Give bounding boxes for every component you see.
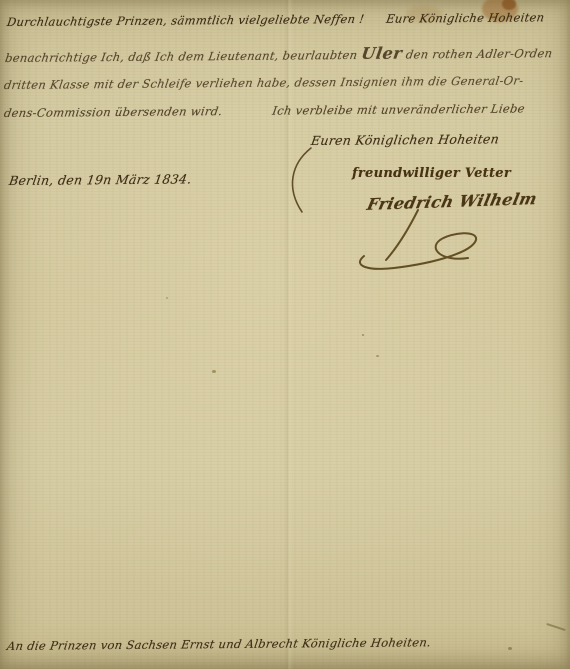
paper-speck xyxy=(212,370,216,373)
body-line-4-left: dens-Commission übersenden wird. xyxy=(3,104,223,120)
paper-speck xyxy=(166,297,168,299)
closing-address-line: Euren Königlichen Hoheiten xyxy=(310,131,500,148)
body-line-2: benachrichtige Ich, daß Ich dem Lieutena… xyxy=(4,42,554,66)
paper-speck xyxy=(362,334,364,336)
pen-mark xyxy=(546,623,566,631)
salutation-text: Durchlauchtigste Prinzen, sämmtlich viel… xyxy=(6,12,365,29)
address-line: An die Prinzen von Sachsen Ernst und Alb… xyxy=(6,635,432,653)
recipient-name-text: Uler xyxy=(360,44,404,63)
ink-stain xyxy=(502,0,516,10)
fold-crease xyxy=(283,0,293,669)
date-line: Berlin, den 19n März 1834. xyxy=(8,171,193,188)
body-line-2-post: den rothen Adler-Orden xyxy=(405,46,553,61)
paper-speck xyxy=(508,647,512,650)
signature-text: Friedrich Wilhelm xyxy=(365,189,539,214)
body-line-2-pre: benachrichtige Ich, daß Ich dem Lieutena… xyxy=(4,48,358,65)
opening-address-text: Eure Königliche Hoheiten xyxy=(385,10,545,25)
letter-page: Durchlauchtigste Prinzen, sämmtlich viel… xyxy=(0,0,570,669)
signature-paraph-flourish xyxy=(352,208,492,272)
body-line-4-right: Ich verbleibe mit unveränderlicher Liebe xyxy=(271,101,525,117)
body-line-4: dens-Commission übersenden wird. Ich ver… xyxy=(3,101,526,120)
closing-bracket-flourish xyxy=(283,146,317,216)
valediction-line: freundwilliger Vetter xyxy=(352,166,511,181)
paper-speck xyxy=(376,355,379,357)
body-line-3: dritten Klasse mit der Schleife verliehe… xyxy=(3,73,525,92)
salutation-line: Durchlauchtigste Prinzen, sämmtlich viel… xyxy=(6,10,546,29)
paper-texture xyxy=(0,0,570,669)
